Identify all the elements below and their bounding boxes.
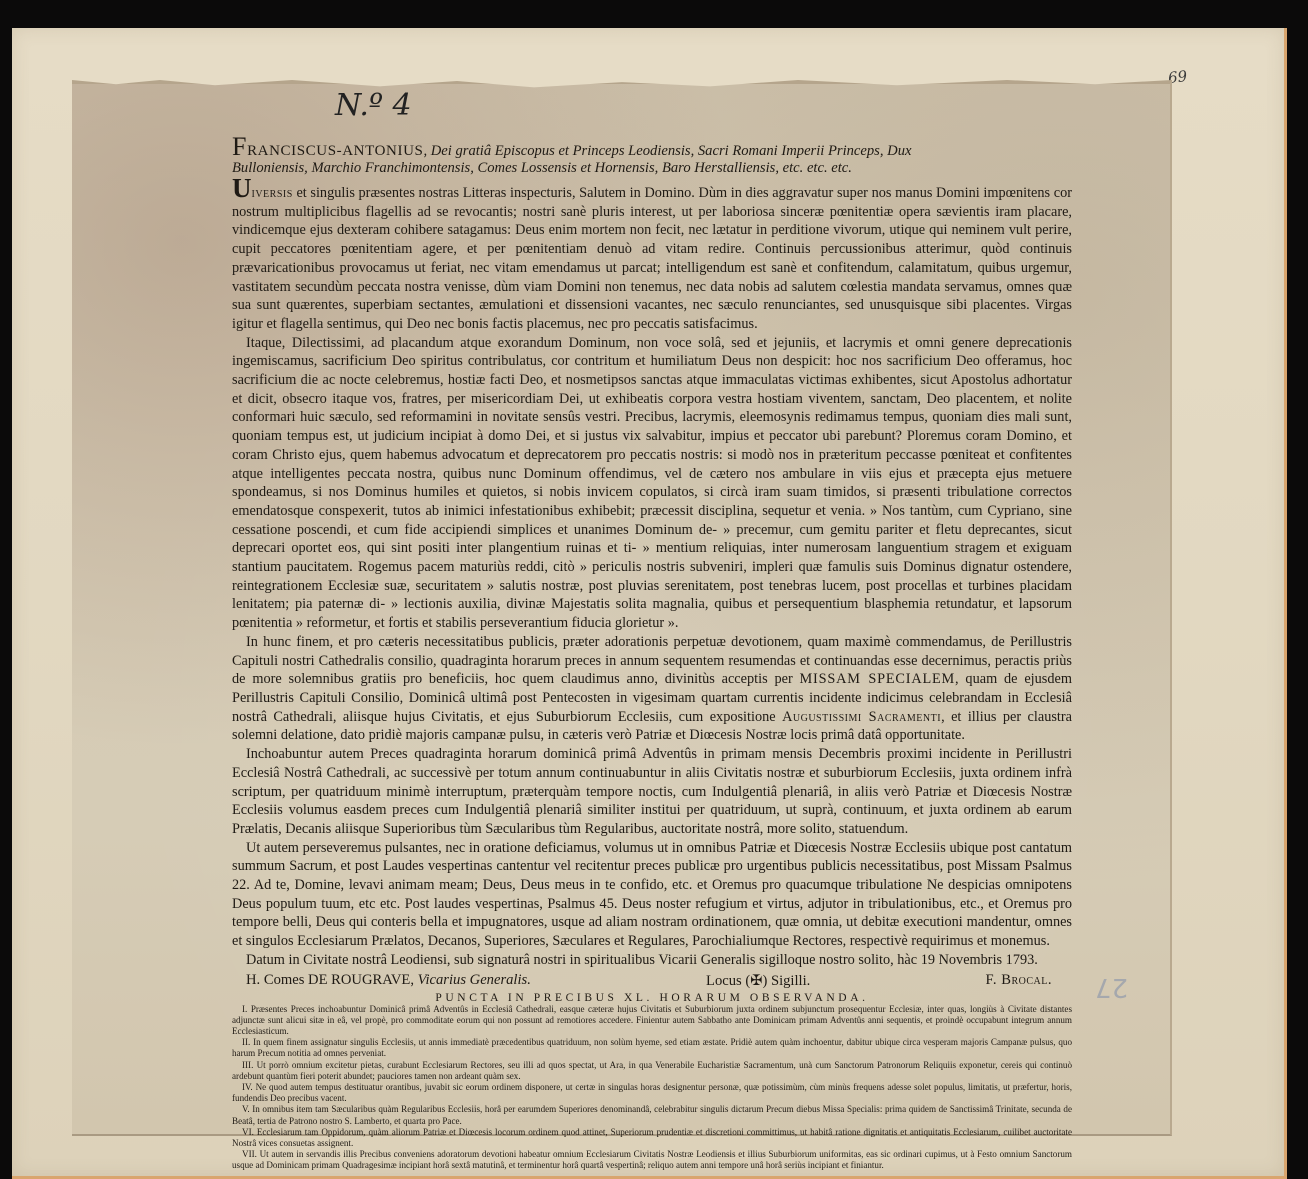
decree-heading: FRANCISCUS-ANTONIUS, Dei gratiâ Episcopu…	[232, 140, 1072, 177]
paragraph-1: Uiversis et singulis præsentes nostras L…	[232, 183, 1072, 334]
paragraph-3: In hunc finem, et pro cæteris necessitat…	[232, 633, 1072, 745]
bishop-titles-1: , Dei gratiâ Episcopus et Princeps Leodi…	[423, 143, 911, 159]
puncta-item-4: IV. Ne quod autem tempus destituatur ora…	[232, 1082, 1072, 1104]
puncta-item-7: VII. Ut autem in servandis illis Precibu…	[232, 1149, 1072, 1171]
handwritten-document-number: N.º 4	[335, 88, 412, 123]
puncta-item-5: V. In omnibus item tam Sæcularibus quàm …	[232, 1104, 1072, 1126]
decree-text: FRANCISCUS-ANTONIUS, Dei gratiâ Episcopu…	[232, 140, 1072, 1172]
secretary-signature: F. Brocal.	[985, 972, 1052, 990]
paragraph-2: Itaque, Dilectissimi, ad placandum atque…	[232, 334, 1072, 633]
puncta-title: PUNCTA IN PRECIBUS XL. HORARUM OBSERVAND…	[232, 992, 1072, 1004]
lead-word: iversis	[252, 185, 293, 201]
missam-specialem: MISSAM SPECIALEM	[800, 671, 955, 687]
puncta-item-3: III. Ut porrò omnium excitetur pietas, c…	[232, 1060, 1072, 1082]
bishop-name: FRANCISCUS-ANTONIUS	[232, 143, 423, 159]
drop-cap: U	[232, 173, 252, 203]
puncta-item-1: I. Præsentes Preces inchoabuntur Dominic…	[232, 1004, 1072, 1038]
seal-location: Locus (✠) Sigilli.	[706, 972, 810, 990]
bishop-titles-2: Bulloniensis, Marchio Franchimontensis, …	[232, 160, 852, 176]
sacramenti: Augustissimi Sacramenti	[782, 709, 941, 725]
signature-line: H. Comes DE ROUGRAVE, Vicarius Generalis…	[232, 972, 1072, 990]
paragraph-dating: Datum in Civitate nostrâ Leodiensi, sub …	[232, 951, 1072, 970]
vicar-general: H. Comes DE ROUGRAVE, Vicarius Generalis…	[246, 972, 531, 990]
pencil-mark: 27	[1095, 972, 1128, 1002]
puncta-item-2: II. In quem finem assignatur singulis Ec…	[232, 1037, 1072, 1059]
paragraph-4: Inchoabuntur autem Preces quadraginta ho…	[232, 745, 1072, 839]
puncta-item-6: VI. Ecclesiarum tam Oppidorum, quàm alio…	[232, 1127, 1072, 1149]
paragraph-5: Ut autem perseveremus pulsantes, nec in …	[232, 839, 1072, 951]
